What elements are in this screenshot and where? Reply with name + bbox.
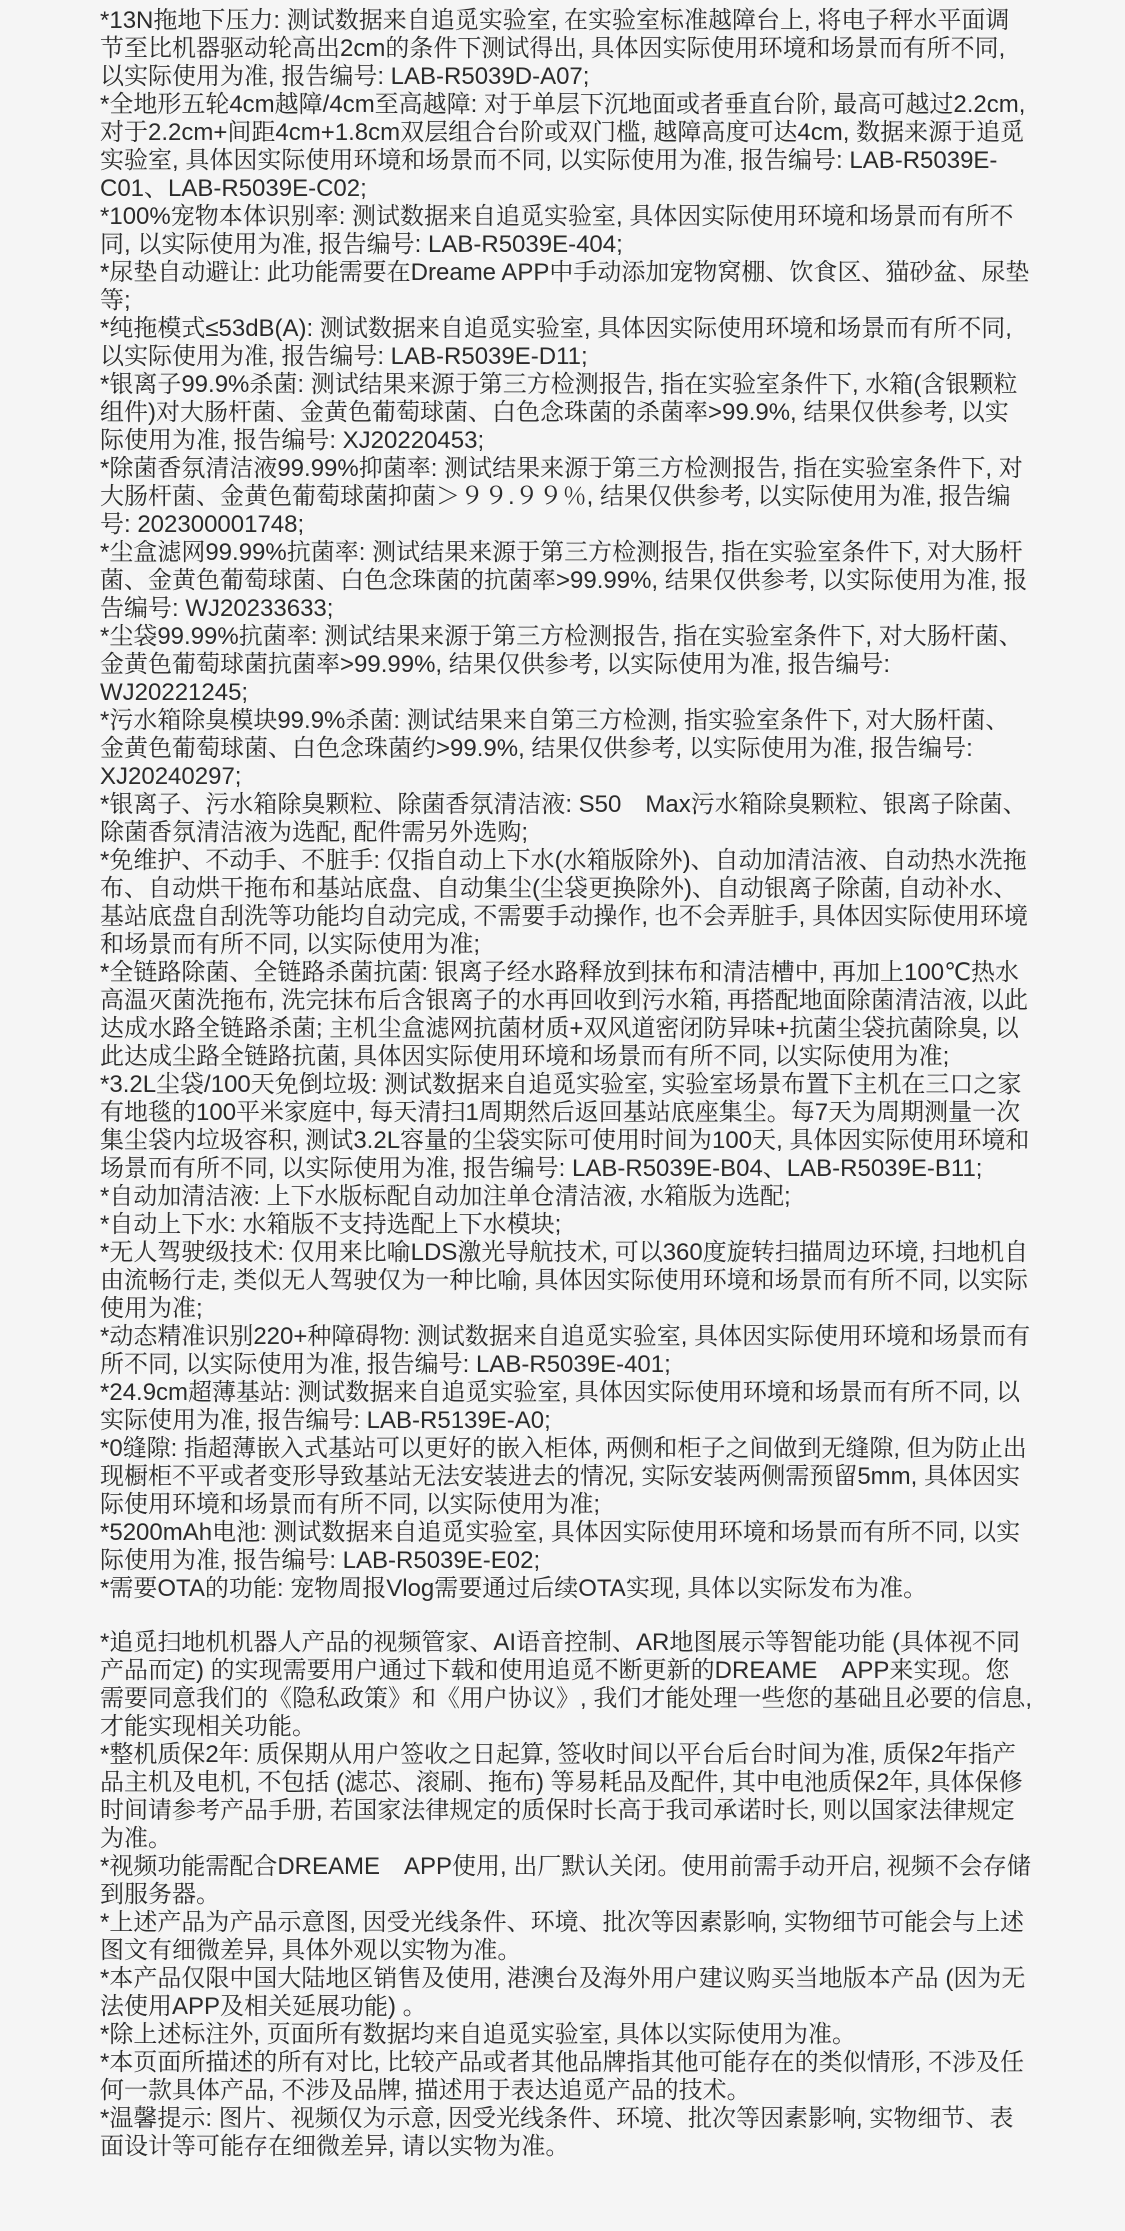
disclaimer-paragraph: *100%宠物本体识别率: 测试数据来自追觅实验室, 具体因实际使用环境和场景而… xyxy=(100,203,1032,259)
disclaimer-paragraph: *本页面所描述的所有对比, 比较产品或者其他品牌指其他可能存在的类似情形, 不涉… xyxy=(100,2049,1032,2105)
disclaimer-paragraph: *无人驾驶级技术: 仅用来比喻LDS激光导航技术, 可以360度旋转扫描周边环境… xyxy=(100,1239,1032,1323)
disclaimer-paragraph: *污水箱除臭模块99.9%杀菌: 测试结果来自第三方检测, 指实验室条件下, 对… xyxy=(100,707,1032,791)
disclaimer-paragraph: *纯拖模式≤53dB(A): 测试数据来自追觅实验室, 具体因实际使用环境和场景… xyxy=(100,315,1032,371)
disclaimer-paragraph: *整机质保2年: 质保期从用户签收之日起算, 签收时间以平台后台时间为准, 质保… xyxy=(100,1741,1032,1853)
disclaimer-list: *13N拖地下压力: 测试数据来自追觅实验室, 在实验室标准越障台上, 将电子秤… xyxy=(100,7,1032,2161)
disclaimer-paragraph: *视频功能需配合DREAME APP使用, 出厂默认关闭。使用前需手动开启, 视… xyxy=(100,1853,1032,1909)
disclaimer-paragraph: *本产品仅限中国大陆地区销售及使用, 港澳台及海外用户建议购买当地版本产品 (因… xyxy=(100,1965,1032,2021)
disclaimer-paragraph: *0缝隙: 指超薄嵌入式基站可以更好的嵌入柜体, 两侧和柜子之间做到无缝隙, 但… xyxy=(100,1435,1032,1519)
disclaimer-paragraph: *除菌香氛清洁液99.99%抑菌率: 测试结果来源于第三方检测报告, 指在实验室… xyxy=(100,455,1032,539)
disclaimer-paragraph: *上述产品为产品示意图, 因受光线条件、环境、批次等因素影响, 实物细节可能会与… xyxy=(100,1909,1032,1965)
disclaimer-page: *13N拖地下压力: 测试数据来自追觅实验室, 在实验室标准越障台上, 将电子秤… xyxy=(0,0,1125,2231)
disclaimer-paragraph: *24.9cm超薄基站: 测试数据来自追觅实验室, 具体因实际使用环境和场景而有… xyxy=(100,1379,1032,1435)
disclaimer-paragraph: *温馨提示: 图片、视频仅为示意, 因受光线条件、环境、批次等因素影响, 实物细… xyxy=(100,2105,1032,2161)
disclaimer-paragraph: *13N拖地下压力: 测试数据来自追觅实验室, 在实验室标准越障台上, 将电子秤… xyxy=(100,7,1032,91)
disclaimer-paragraph: *银离子、污水箱除臭颗粒、除菌香氛清洁液: S50 Max污水箱除臭颗粒、银离子… xyxy=(100,791,1032,847)
disclaimer-paragraph: *追觅扫地机机器人产品的视频管家、AI语音控制、AR地图展示等智能功能 (具体视… xyxy=(100,1629,1032,1741)
disclaimer-paragraph: *自动加清洁液: 上下水版标配自动加注单仓清洁液, 水箱版为选配; xyxy=(100,1183,1032,1211)
disclaimer-paragraph: *银离子99.9%杀菌: 测试结果来源于第三方检测报告, 指在实验室条件下, 水… xyxy=(100,371,1032,455)
disclaimer-paragraph: *免维护、不动手、不脏手: 仅指自动上下水(水箱版除外)、自动加清洁液、自动热水… xyxy=(100,847,1032,959)
disclaimer-paragraph: *尿垫自动避让: 此功能需要在Dreame APP中手动添加宠物窝棚、饮食区、猫… xyxy=(100,259,1032,315)
disclaimer-paragraph: *尘袋99.99%抗菌率: 测试结果来源于第三方检测报告, 指在实验室条件下, … xyxy=(100,623,1032,707)
disclaimer-paragraph: *动态精准识别220+种障碍物: 测试数据来自追觅实验室, 具体因实际使用环境和… xyxy=(100,1323,1032,1379)
disclaimer-paragraph: *全地形五轮4cm越障/4cm至高越障: 对于单层下沉地面或者垂直台阶, 最高可… xyxy=(100,91,1032,203)
disclaimer-paragraph: *尘盒滤网99.99%抗菌率: 测试结果来源于第三方检测报告, 指在实验室条件下… xyxy=(100,539,1032,623)
disclaimer-paragraph: *需要OTA的功能: 宠物周报Vlog需要通过后续OTA实现, 具体以实际发布为… xyxy=(100,1575,1032,1603)
disclaimer-paragraph: *全链路除菌、全链路杀菌抗菌: 银离子经水路释放到抹布和清洁槽中, 再加上100… xyxy=(100,959,1032,1071)
disclaimer-paragraph: *3.2L尘袋/100天免倒垃圾: 测试数据来自追觅实验室, 实验室场景布置下主… xyxy=(100,1071,1032,1183)
disclaimer-paragraph: *除上述标注外, 页面所有数据均来自追觅实验室, 具体以实际使用为准。 xyxy=(100,2021,1032,2049)
disclaimer-paragraph: *5200mAh电池: 测试数据来自追觅实验室, 具体因实际使用环境和场景而有所… xyxy=(100,1519,1032,1575)
disclaimer-paragraph: *自动上下水: 水箱版不支持选配上下水模块; xyxy=(100,1211,1032,1239)
